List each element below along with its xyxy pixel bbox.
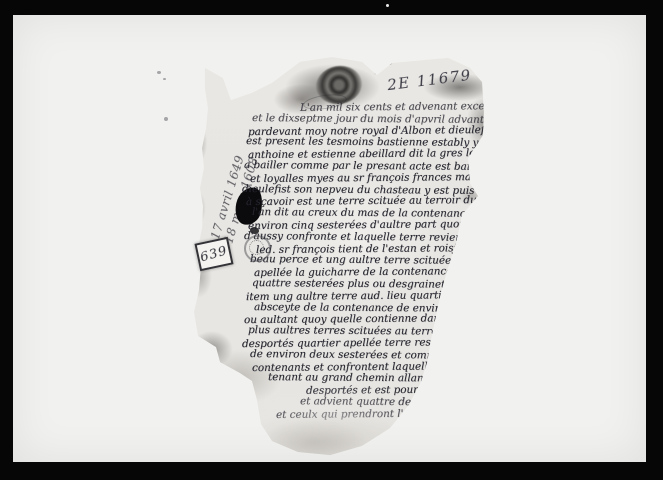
bottom-smudge — [245, 413, 425, 461]
page-speck — [163, 78, 166, 80]
manuscript-fragment: fait 2E 11679 17 avril 1649 18 mars 1608… — [190, 55, 500, 458]
scanned-page: fait 2E 11679 17 avril 1649 18 mars 1608… — [13, 15, 646, 462]
scan-viewport: fait 2E 11679 17 avril 1649 18 mars 1608… — [0, 0, 663, 480]
page-speck — [164, 117, 168, 121]
top-scribble-note: fait — [370, 53, 394, 74]
archive-reference-number: 2E 11679 — [386, 66, 473, 94]
round-archive-stamp-icon — [244, 235, 271, 262]
page-speck — [157, 71, 161, 74]
dust-speck — [386, 4, 389, 7]
manuscript-text-block: L'an mil six cents et advenant excepté e… — [242, 102, 492, 421]
inventory-number: 639 — [199, 243, 230, 265]
